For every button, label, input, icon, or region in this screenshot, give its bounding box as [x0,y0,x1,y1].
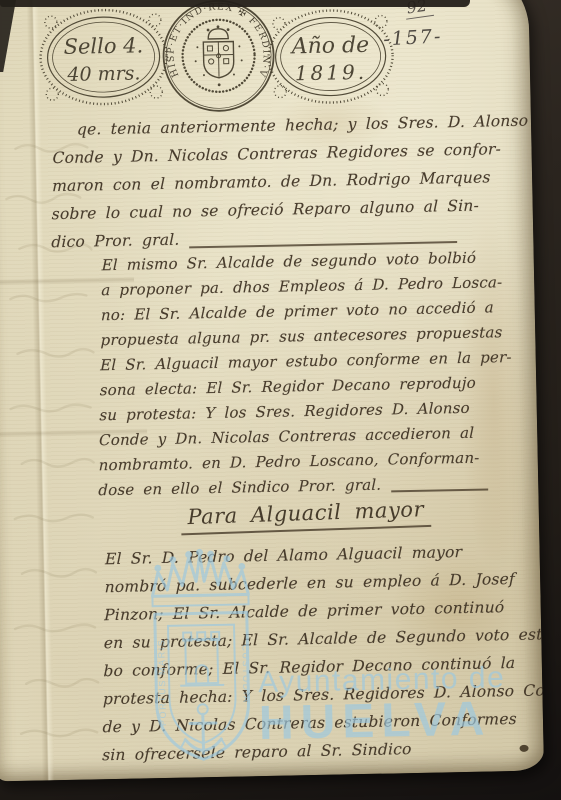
paragraph-1: qe. tenia anteriormente hecha; y los Sre… [51,106,535,256]
photographed-manuscript-scene: Sello 4. 40 mrs. HISP·ET·IND·REX ✠ FERDI… [0,0,561,800]
sello-line2: 40 mrs. [66,62,141,85]
year-line2: 1819. [295,60,368,85]
royal-seal-stamp: HISP·ET·IND·REX ✠ FERDIN·VII·D·G· [158,0,278,116]
paragraph-2: El mismo Sr. Alcalde de segundo voto bol… [98,245,530,504]
tax-stamp-sello-40mrs: Sello 4. 40 mrs. [37,6,171,109]
page-number: -157- [383,25,443,50]
closing-rule [391,488,488,492]
manuscript-page: Sello 4. 40 mrs. HISP·ET·IND·REX ✠ FERDI… [0,0,544,781]
section-heading-para-alguacil-mayor: Para Alguacil mayor [180,497,431,535]
background-top-edge [0,0,470,7]
paragraph-3: El Sr. D. Pedro del Alamo Alguacil mayor… [102,537,535,770]
svg-text:HISP·ET·IND·REX ✠ FERDIN·VII·D: HISP·ET·IND·REX ✠ FERDIN·VII·D·G· [158,0,272,81]
year-stamp: Año de 1819. [265,5,397,108]
sello-line1: Sello 4. [63,33,143,59]
seal-legend-text: HISP·ET·IND·REX ✠ FERDIN·VII·D·G· [158,0,272,81]
year-line1: Año de [289,33,369,60]
manuscript-line-text: dose en ello el Sindico Pror. gral. [98,473,381,504]
